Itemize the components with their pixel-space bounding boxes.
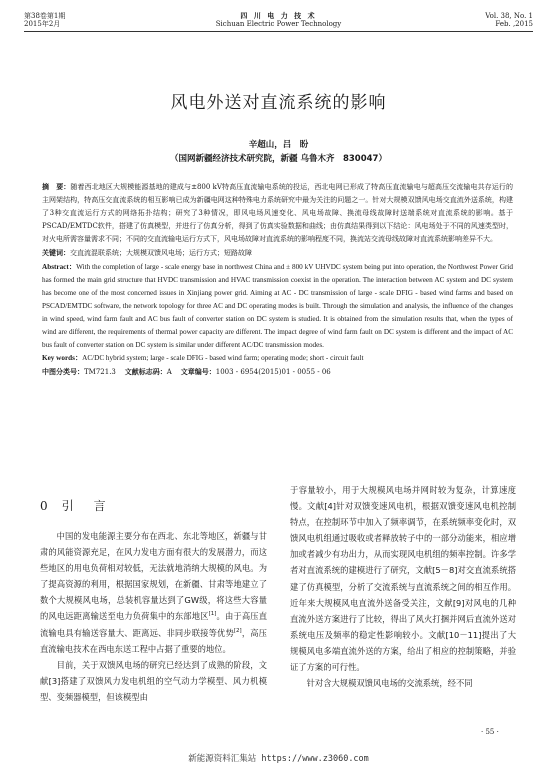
paragraph-text: 中国的发电能源主要分布在西北、东北等地区，新疆与甘肃的风能资源充足，在风力发电方… bbox=[40, 531, 267, 621]
keywords-en: Key words：AC/DC hybrid system; large - s… bbox=[42, 352, 513, 365]
abstract-en-text: With the completion of large - scale ene… bbox=[42, 263, 513, 350]
classification-line: 中图分类号：TM721.3 文献标志码：A 文章编号：1003 - 6954(2… bbox=[42, 365, 513, 379]
abstract-en-label: Abstract： bbox=[42, 263, 76, 271]
body-column-right: 于容量较小，用于大规模风电场并网时较为复杂，计算速度慢。文献[4]针对双馈变速风… bbox=[290, 482, 516, 691]
keywords-cn-label: 关键词： bbox=[42, 248, 70, 257]
section-number: 0 bbox=[40, 499, 52, 513]
page-number: · 55 · bbox=[481, 728, 499, 736]
journal-name-cn: 四 川 电 力 技 术 bbox=[24, 12, 533, 20]
body-column-left: 中国的发电能源主要分布在西北、东北等地区，新疆与甘肃的风能资源充足，在风力发电方… bbox=[40, 528, 267, 705]
article-no-value: 1003 - 6954(2015)01 - 0055 - 06 bbox=[216, 368, 331, 376]
paragraph: 目前，关于双馈风电场的研究已经达到了成熟的阶段，文献[3]搭建了双馈风力发电机组… bbox=[40, 657, 267, 705]
abstract-en: Abstract：With the completion of large - … bbox=[42, 261, 513, 353]
watermark: 新能源资料汇集站 https://www.z3060.com bbox=[0, 752, 557, 764]
abstract-cn-text: 随着西北地区大规模能源基地的建成与±800 kV特高压直流输电系统的投运，西北电… bbox=[42, 183, 513, 243]
clc-value: TM721.3 bbox=[84, 368, 116, 376]
article-affiliation: （国网新疆经济技术研究院，新疆 乌鲁木齐 830047） bbox=[0, 152, 557, 164]
journal-name-en: Sichuan Electric Power Technology bbox=[24, 20, 533, 28]
doc-code-label: 文献标志码： bbox=[125, 367, 167, 376]
article-title: 风电外送对直流系统的影响 bbox=[0, 88, 557, 113]
keywords-cn: 关键词：交直流混联系统；大规模双馈风电场；运行方式；短路故障 bbox=[42, 246, 513, 260]
abstract-section: 摘 要：随着西北地区大规模能源基地的建成与±800 kV特高压直流输电系统的投运… bbox=[42, 180, 513, 379]
keywords-en-label: Key words： bbox=[42, 354, 82, 362]
paragraph: 中国的发电能源主要分布在西北、东北等地区，新疆与甘肃的风能资源充足，在风力发电方… bbox=[40, 528, 267, 657]
clc-label: 中图分类号： bbox=[42, 367, 84, 376]
section-heading-introduction: 0引 言 bbox=[40, 497, 110, 514]
keywords-cn-text: 交直流混联系统；大规模双馈风电场；运行方式；短路故障 bbox=[70, 249, 252, 257]
keywords-en-text: AC/DC hybrid system; large - scale DFIG … bbox=[82, 354, 363, 362]
section-title: 引 言 bbox=[62, 499, 110, 513]
volume-issue-en: Vol. 38, No. 1 bbox=[485, 12, 533, 20]
paragraph: 针对含大规模双馈风电场的交流系统，经不同 bbox=[290, 675, 516, 691]
abstract-cn: 摘 要：随着西北地区大规模能源基地的建成与±800 kV特高压直流输电系统的投运… bbox=[42, 180, 513, 246]
date-en: Feb. ,2015 bbox=[485, 20, 533, 28]
abstract-cn-label: 摘 要： bbox=[42, 182, 70, 191]
article-no-label: 文章编号： bbox=[181, 367, 216, 376]
citation-2: [2] bbox=[234, 628, 242, 634]
doc-code-value: A bbox=[167, 368, 172, 376]
journal-name: 四 川 电 力 技 术 Sichuan Electric Power Techn… bbox=[24, 12, 533, 28]
paragraph: 于容量较小，用于大规模风电场并网时较为复杂，计算速度慢。文献[4]针对双馈变速风… bbox=[290, 482, 516, 675]
article-authors: 辛超山，吕 盼 bbox=[0, 138, 557, 150]
header-divider bbox=[24, 31, 533, 32]
issue-info-en: Vol. 38, No. 1 Feb. ,2015 bbox=[485, 12, 533, 28]
